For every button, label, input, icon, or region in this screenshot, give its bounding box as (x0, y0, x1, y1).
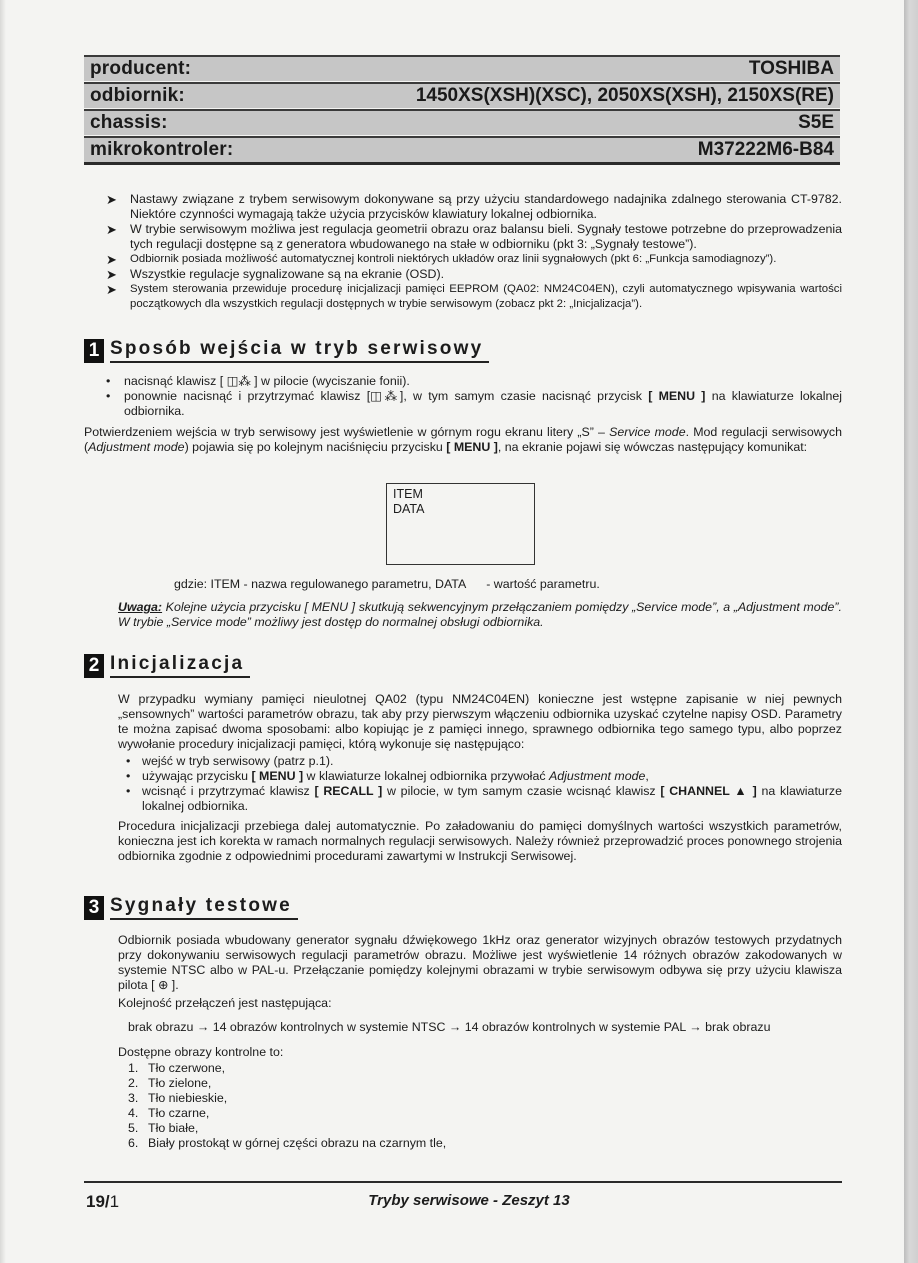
page-left-edge (0, 0, 6, 1263)
info-row-chassis: chassis: S5E (84, 109, 840, 135)
section-title: Sygnały testowe (110, 895, 298, 920)
arrow-icon: ➤ (106, 222, 117, 237)
section2-body: W przypadku wymiany pamięci nieulotnej Q… (118, 692, 842, 864)
page-right-edge (904, 0, 918, 1263)
test-signals-paragraph: Odbiornik posiada wbudowany generator sy… (118, 933, 842, 993)
switching-sequence: brak obrazu → 14 obrazów kontrolnych w s… (118, 1020, 842, 1035)
step-item: •ponownie nacisnąć i przytrzymać klawisz… (84, 389, 842, 419)
arrow-icon: ➤ (106, 192, 117, 207)
bullet-icon: • (126, 754, 130, 769)
note-paragraph: Uwaga: Kolejne użycia przycisku [ MENU ]… (118, 600, 842, 630)
section-title: Inicjalizacja (110, 653, 250, 678)
menu-key: [ MENU ] (648, 389, 705, 403)
test-pattern-item: 5.Tło białe, (128, 1121, 842, 1136)
menu-key: [ MENU ] (251, 769, 303, 783)
info-row-producer: producent: TOSHIBA (84, 55, 840, 81)
info-value: M37222M6-B84 (698, 139, 834, 161)
step-item: •wejść w tryb serwisowy (patrz p.1). (118, 754, 842, 769)
bullet-icon: • (106, 389, 110, 404)
test-patterns-list: 1.Tło czerwone, 2.Tło zielone, 3.Tło nie… (128, 1061, 842, 1151)
info-value: 1450XS(XSH)(XSC), 2050XS(XSH), 2150XS(RE… (416, 85, 834, 107)
arrow-icon: ➤ (106, 252, 117, 267)
init-followup-paragraph: Procedura inicjalizacji przebiega dalej … (118, 819, 842, 864)
device-info-table: producent: TOSHIBA odbiornik: 1450XS(XSH… (84, 55, 840, 166)
section-heading-3: 3 Sygnały testowe (84, 895, 298, 920)
arrow-icon: ➤ (106, 267, 117, 282)
test-patterns-title: Dostępne obrazy kontrolne to: (118, 1045, 842, 1060)
section-number: 1 (84, 339, 104, 363)
info-row-receiver: odbiornik: 1450XS(XSH)(XSC), 2050XS(XSH)… (84, 82, 840, 108)
test-pattern-item: 6.Biały prostokąt w górnej części obrazu… (128, 1136, 842, 1151)
section-heading-1: 1 Sposób wejścia w tryb serwisowy (84, 338, 489, 363)
intro-item: ➤Wszystkie regulacje sygnalizowane są na… (106, 267, 842, 282)
section1-steps: •nacisnąć klawisz [ ◫⁂ ] w pilocie (wyci… (84, 374, 842, 419)
osd-data-label: DATA (393, 502, 528, 517)
footer-title: Tryby serwisowe - Zeszyt 13 (0, 1192, 918, 1209)
intro-item: ➤W trybie serwisowym możliwa jest regula… (106, 222, 842, 252)
osd-message-box: ITEM DATA (386, 483, 535, 565)
intro-item: ➤Nastawy związane z trybem serwisowym do… (106, 192, 842, 222)
step-item: •wcisnąć i przytrzymać klawisz [ RECALL … (118, 784, 842, 814)
recall-key: [ RECALL ] (314, 784, 382, 798)
info-value: TOSHIBA (749, 58, 834, 80)
test-pattern-item: 1.Tło czerwone, (128, 1061, 842, 1076)
test-pattern-item: 4.Tło czarne, (128, 1106, 842, 1121)
arrow-icon: ➤ (106, 282, 117, 297)
step-item: •używając przycisku [ MENU ] w klawiatur… (118, 769, 842, 784)
section-heading-2: 2 Inicjalizacja (84, 653, 250, 678)
note-label: Uwaga: (118, 600, 162, 614)
info-label: mikrokontroler: (90, 139, 233, 161)
section-title: Sposób wejścia w tryb serwisowy (110, 338, 489, 363)
bullet-icon: • (106, 374, 110, 389)
mute-key-icon: [ ◫⁂ ] (220, 374, 258, 388)
osd-item-label: ITEM (393, 487, 528, 502)
bullet-icon: • (126, 784, 130, 799)
section-number: 2 (84, 654, 104, 678)
intro-item: ➤Odbiornik posiada możliwość automatyczn… (106, 252, 842, 267)
channel-up-key: [ CHANNEL ▲ ] (660, 784, 756, 798)
section1-body: •nacisnąć klawisz [ ◫⁂ ] w pilocie (wyci… (84, 374, 842, 455)
info-label: producent: (90, 58, 191, 80)
intro-list: ➤Nastawy związane z trybem serwisowym do… (106, 192, 842, 312)
section-number: 3 (84, 896, 104, 920)
menu-key: [ MENU ] (446, 440, 498, 454)
osd-legend: gdzie: ITEM - nazwa regulowanego paramet… (174, 577, 854, 592)
info-label: chassis: (90, 112, 168, 134)
mute-key-icon: [◫⁂] (367, 389, 404, 403)
info-label: odbiornik: (90, 85, 185, 107)
init-paragraph: W przypadku wymiany pamięci nieulotnej Q… (118, 692, 842, 752)
init-steps: •wejść w tryb serwisowy (patrz p.1). •uż… (118, 754, 842, 814)
test-pattern-item: 3.Tło niebieskie, (128, 1091, 842, 1106)
sequence-intro: Kolejność przełączeń jest następująca: (118, 996, 842, 1011)
intro-item: ➤System sterowania przewiduje procedurę … (106, 282, 842, 312)
info-row-microcontroller: mikrokontroler: M37222M6-B84 (84, 136, 840, 165)
footer-divider (84, 1181, 842, 1183)
info-value: S5E (798, 112, 834, 134)
bullet-icon: • (126, 769, 130, 784)
service-mode-paragraph: Potwierdzeniem wejścia w tryb serwisowy … (84, 425, 842, 455)
step-item: •nacisnąć klawisz [ ◫⁂ ] w pilocie (wyci… (84, 374, 842, 389)
test-pattern-item: 2.Tło zielone, (128, 1076, 842, 1091)
section3-body: Odbiornik posiada wbudowany generator sy… (118, 933, 842, 1151)
